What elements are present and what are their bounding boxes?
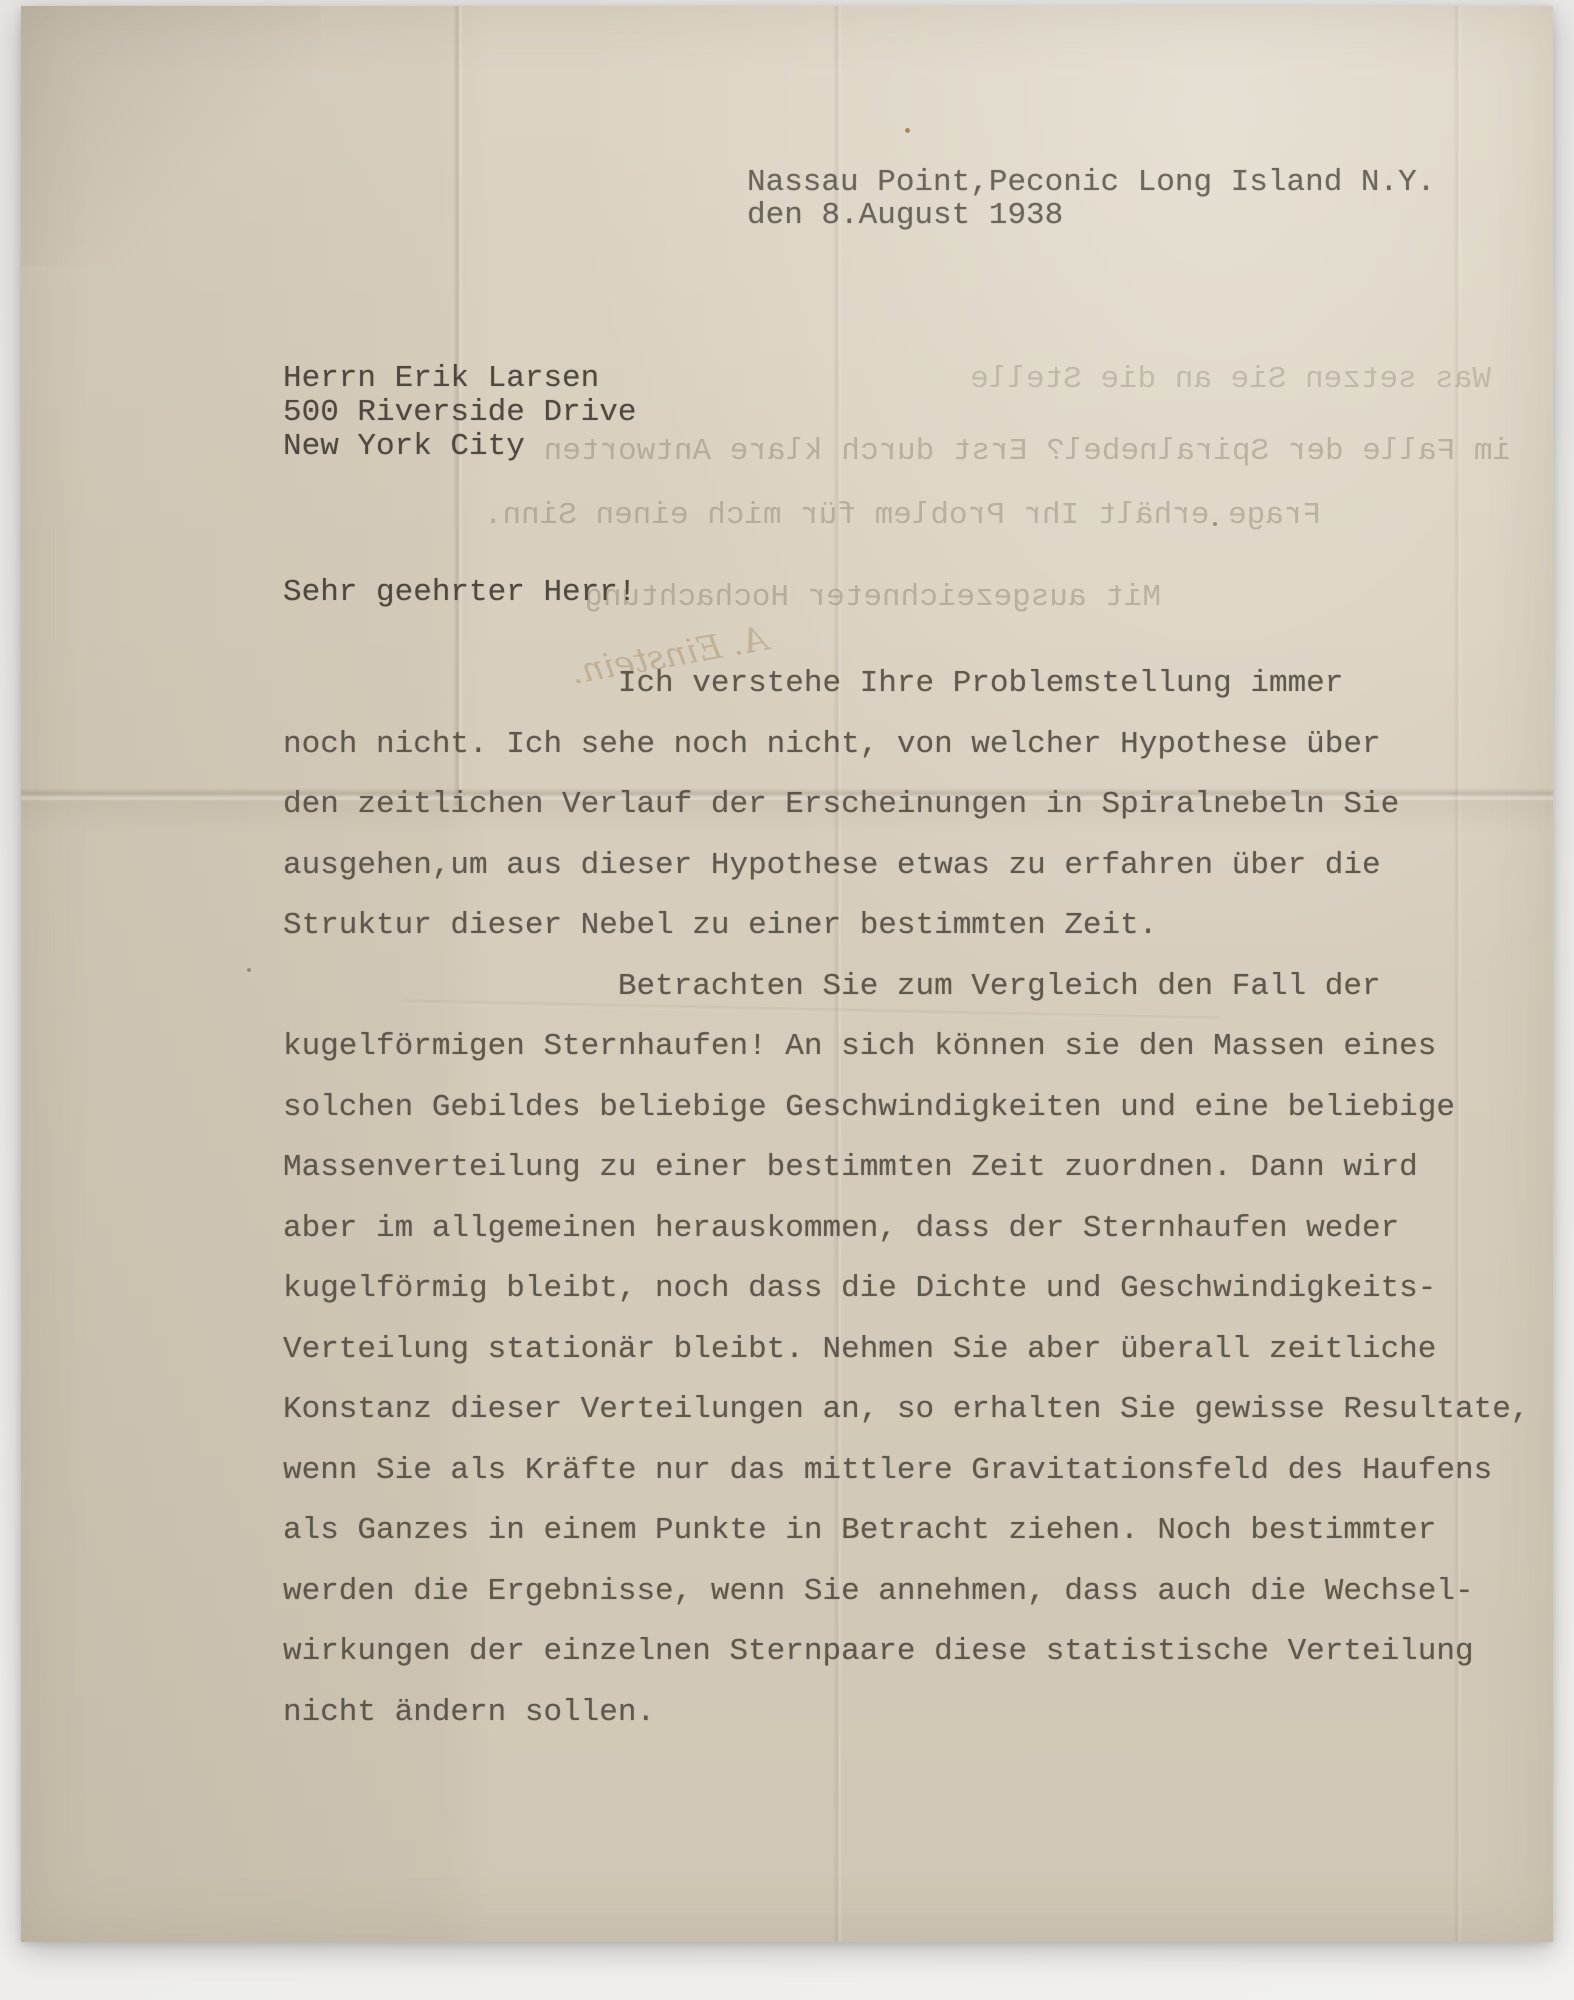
text-line: Nassau Point,Peconic Long Island N.Y. (747, 166, 1435, 199)
text-line: Struktur dieser Nebel zu einer bestimmte… (283, 896, 1529, 957)
text-line: werden die Ergebnisse, wenn Sie annehmen… (283, 1562, 1529, 1623)
salutation: Sehr geehrter Herr! (283, 576, 636, 609)
text-line: Herrn Erik Larsen (283, 362, 636, 396)
text-line: Massenverteilung zu einer bestimmten Zei… (283, 1138, 1529, 1199)
text-line: Betrachten Sie zum Vergleich den Fall de… (283, 957, 1529, 1018)
text-line: Ich verstehe Ihre Problemstellung immer (283, 654, 1529, 715)
text-line: Verteilung stationär bleibt. Nehmen Sie … (283, 1320, 1529, 1381)
text-line: Konstanz dieser Verteilungen an, so erha… (283, 1380, 1529, 1441)
paper-speck (905, 128, 910, 133)
text-line: nicht ändern sollen. (283, 1683, 1529, 1744)
text-line: 500 Riverside Drive (283, 396, 636, 430)
paper-speck (1213, 522, 1217, 526)
bleedthrough-line: Was setzen Sie an die Stelle (631, 362, 1491, 397)
text-line: kugelförmig bleibt, noch dass die Dichte… (283, 1259, 1529, 1320)
text-line: kugelförmigen Sternhaufen! An sich könne… (283, 1017, 1529, 1078)
text-line: den 8.August 1938 (747, 199, 1435, 232)
paper-speck (247, 968, 251, 972)
text-line: den zeitlichen Verlauf der Erscheinungen… (283, 775, 1529, 836)
text-line: solchen Gebildes beliebige Geschwindigke… (283, 1078, 1529, 1139)
text-line: wirkungen der einzelnen Sternpaare diese… (283, 1622, 1529, 1683)
text-line: New York City (283, 430, 636, 464)
letter-paper: Was setzen Sie an die Stelle im Falle de… (21, 6, 1553, 1942)
paper-corner-shade (21, 6, 321, 266)
photo-background: Was setzen Sie an die Stelle im Falle de… (0, 0, 1574, 2000)
text-line: wenn Sie als Kräfte nur das mittlere Gra… (283, 1441, 1529, 1502)
text-line: ausgehen,um aus dieser Hypothese etwas z… (283, 836, 1529, 897)
bleedthrough-line: Frage erhält Ihr Problem für mich einen … (621, 498, 1321, 533)
letter-body: Ich verstehe Ihre Problemstellung immern… (283, 654, 1529, 1743)
text-line: noch nicht. Ich sehe noch nicht, von wel… (283, 715, 1529, 776)
dateline: Nassau Point,Peconic Long Island N.Y.den… (747, 166, 1435, 232)
salutation-text: Sehr geehrter Herr! (283, 576, 636, 609)
text-line: aber im allgemeinen herauskommen, dass d… (283, 1199, 1529, 1260)
recipient-address: Herrn Erik Larsen500 Riverside DriveNew … (283, 362, 636, 464)
text-line: als Ganzes in einem Punkte in Betracht z… (283, 1501, 1529, 1562)
